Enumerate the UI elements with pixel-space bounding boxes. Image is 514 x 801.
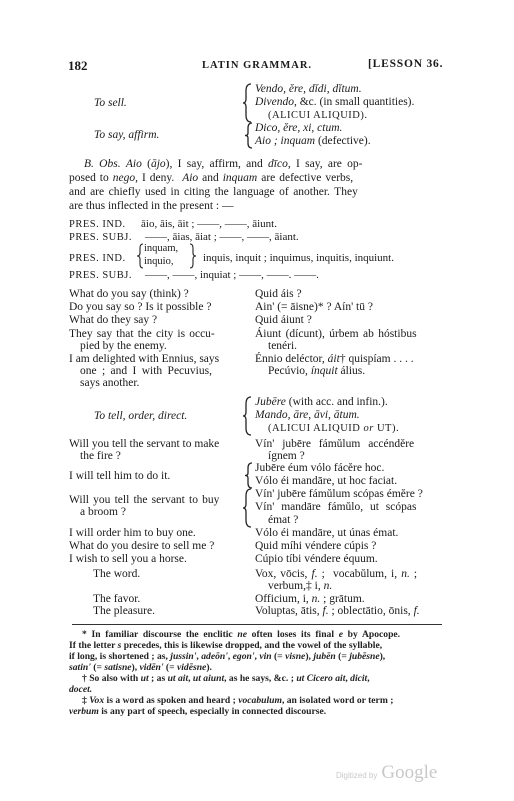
- vocab-english: The word.: [93, 568, 140, 581]
- vocab-english: To say, affirm.: [94, 129, 159, 142]
- phrase-english: I wish to sell you a horse.: [69, 553, 187, 566]
- inflection-label: PRES. SUBJ.: [69, 231, 132, 244]
- phrase-latin: Pecúvio, ínquit álius.: [268, 365, 365, 378]
- inflection-forms: āio, āis, āit ; ——, ——, āiunt.: [141, 218, 277, 231]
- phrase-english: a broom ?: [80, 506, 126, 519]
- phrase-latin: Vólo éi mandāre, ut únas émat.: [255, 527, 398, 540]
- footnote-line: docet.: [69, 684, 92, 695]
- left-brace-icon: [243, 83, 253, 123]
- inflection-brace-top: inquam,: [144, 243, 178, 254]
- inflection-forms: ——, ——, inquiat ; ——, ——. ——.: [145, 269, 319, 282]
- vocab-english: To sell.: [94, 97, 127, 110]
- lesson-label: [LESSON 36.: [368, 58, 443, 70]
- phrase-latin: Vín' jubēre fámŭlum scópas émĕre ?: [255, 488, 423, 501]
- vocab-latin-line: (ALICUI ALIQUID or UT).: [268, 422, 399, 435]
- phrase-latin: Jubēre éum vólo fácĕre hoc.: [255, 462, 384, 475]
- phrase-english: I will order him to buy one.: [69, 527, 196, 540]
- watermark-brand: Google: [381, 762, 437, 783]
- left-brace-icon: [245, 122, 253, 149]
- vocab-latin-line: Jubēre (with acc. and infin.).: [255, 396, 388, 409]
- vocab-english: The pleasure.: [93, 605, 155, 618]
- inflection-label: PRES. IND.: [69, 252, 126, 265]
- page-number: 182: [68, 58, 88, 74]
- vocab-latin-line: Aio ; inquam (defective).: [255, 135, 371, 148]
- phrase-latin: Vólo éi mandāre, ut hoc faciat.: [255, 475, 397, 488]
- phrase-latin: Quid áiunt ?: [255, 314, 312, 327]
- vocab-latin-line: Vendo, ĕre, dĭdi, dĭtum.: [255, 83, 362, 96]
- phrase-english: pied by the enemy.: [80, 340, 167, 353]
- phrase-english: I will tell him to do it.: [69, 470, 170, 483]
- phrase-english: What do they say ?: [69, 314, 157, 327]
- phrase-latin: Quid míhi véndere cúpis ?: [255, 540, 376, 553]
- footnote-line: † So also with ut ; as ut ait, ut aiunt,…: [82, 673, 370, 684]
- book-page: 182 LATIN GRAMMAR. [LESSON 36. To sell. …: [0, 0, 514, 801]
- footnote-line: verbum is any part of speech, especially…: [69, 706, 326, 717]
- inflection-forms: inquis, inquit ; inquimus, inquitis, inq…: [203, 252, 394, 265]
- phrase-english: says another.: [80, 377, 139, 390]
- phrase-latin: Ain' (= āisne)* ? Aín' tū ?: [255, 301, 373, 314]
- footnote-line: If the letter s precedes, this is likewi…: [69, 640, 382, 651]
- vocab-latin-line: Divendo, &c. (in small quantities).: [255, 96, 414, 109]
- phrase-latin: émat ?: [268, 514, 298, 527]
- phrase-latin: Vín' mandāre fámŭlo, ut scópas: [255, 501, 416, 514]
- phrase-english: What do you desire to sell me ?: [69, 540, 214, 553]
- footnote-line: * In familiar discourse the enclitic ne …: [82, 629, 400, 640]
- footnote-line: satin' (= satisne), vidēn' (= vidēsne).: [69, 662, 212, 673]
- inflection-label: PRES. IND.: [69, 218, 126, 231]
- digitized-by-google-watermark: Digitized by Google: [336, 762, 437, 784]
- left-brace-icon: [243, 396, 253, 436]
- phrase-latin: tenéri.: [268, 340, 297, 353]
- vocab-latin-line: Dico, ĕre, xi, ctum.: [255, 122, 342, 135]
- right-brace-icon: [189, 243, 196, 269]
- inflection-brace-bottom: inquio,: [144, 256, 173, 267]
- observation-line: B. Obs. Aio (ājo), I say, affirm, and dī…: [84, 158, 363, 171]
- running-title: LATIN GRAMMAR.: [202, 60, 312, 71]
- phrase-latin: Cúpio tíbi véndere équum.: [255, 553, 378, 566]
- vocab-latin-line: (ALICUI ALIQUID).: [268, 109, 367, 122]
- vocab-english: To tell, order, direct.: [94, 410, 187, 423]
- left-brace-icon: [137, 243, 144, 269]
- inflection-label: PRES. SUBJ.: [69, 269, 132, 282]
- left-brace-icon: [245, 462, 253, 489]
- phrase-english: What do you say (think) ?: [69, 288, 189, 301]
- vocab-latin-line: Mando, āre, āvi, ātum.: [255, 409, 360, 422]
- watermark-prefix: Digitized by: [336, 771, 377, 780]
- observation-line: are thus inflected in the present : —: [69, 200, 233, 213]
- footnote-line: if long, is shortened ; as, jussin', ade…: [69, 651, 385, 662]
- footnote-line: ‡ Vox is a word as spoken and heard ; vo…: [82, 695, 393, 706]
- phrase-latin: Quid áis ?: [255, 288, 302, 301]
- vocab-latin-line: verbum,‡ i, n.: [268, 580, 332, 593]
- footnote-divider: [72, 624, 442, 625]
- vocab-latin-line: Voluptas, ātis, f. ; oblectātio, ōnis, f…: [255, 605, 420, 618]
- left-brace-icon: [243, 488, 253, 528]
- phrase-english: the fire ?: [80, 450, 121, 463]
- phrase-english: Do you say so ? Is it possible ?: [69, 301, 211, 314]
- observation-line: and are chiefly used in citing the langu…: [69, 186, 358, 199]
- observation-line: posed to nego, I deny. Aio and inquam ar…: [69, 172, 353, 185]
